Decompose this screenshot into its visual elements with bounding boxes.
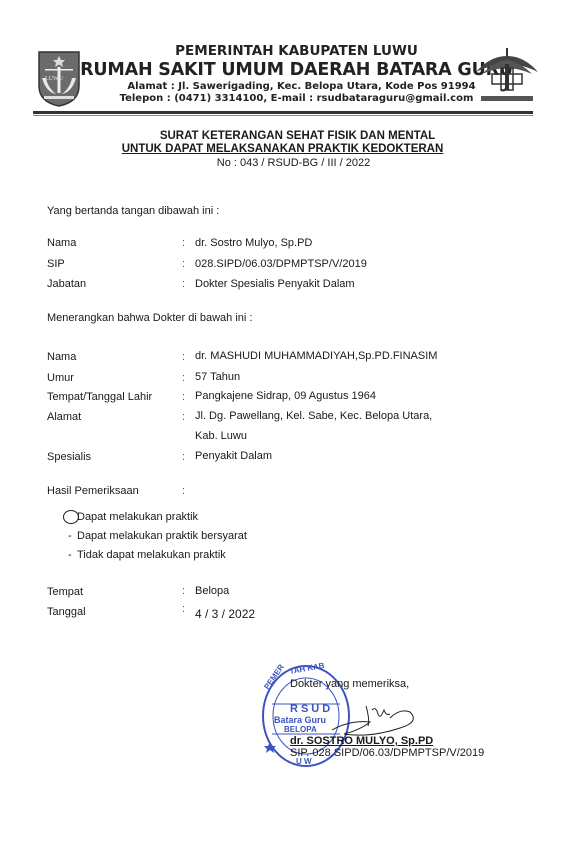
- colon: :: [182, 603, 185, 615]
- subject-address-label: Alamat: [47, 411, 81, 423]
- result-option: Tidak dapat melakukan praktik: [77, 549, 226, 561]
- subject-intro: Menerangkan bahwa Dokter di bawah ini :: [47, 312, 252, 324]
- document-number: No : 043 / RSUD-BG / III / 2022: [0, 157, 565, 169]
- colon: :: [182, 258, 185, 270]
- result-option: Dapat melakukan praktik bersyarat: [77, 530, 247, 542]
- colon: :: [182, 451, 185, 463]
- subject-birth-label: Tempat/Tanggal Lahir: [47, 391, 152, 403]
- date-label: Tanggal: [47, 606, 86, 618]
- subject-age-value: 57 Tahun: [195, 371, 240, 383]
- colon: :: [182, 351, 185, 363]
- result-option-selected: Dapat melakukan praktik: [77, 511, 198, 523]
- svg-text:RSUD: RSUD: [290, 703, 333, 715]
- place-value: Belopa: [195, 585, 229, 597]
- handwritten-signature-icon: [330, 700, 440, 740]
- signer-sip-value: 028.SIPD/06.03/DPMPTSP/V/2019: [195, 258, 367, 270]
- signer-sip-label: SIP: [47, 258, 65, 270]
- colon: :: [182, 278, 185, 290]
- colon: :: [182, 485, 185, 497]
- signer-name-label: Nama: [47, 237, 76, 249]
- signer-signature-sip: SIP. 028.SIPD/06.03/DPMPTSP/V/2019: [290, 747, 484, 759]
- signer-signature-name: dr. SOSTRO MULYO, Sp.PD: [290, 735, 433, 747]
- rsud-batara-guru-logo-icon: [474, 44, 540, 106]
- subject-birth-value: Pangkajene Sidrap, 09 Agustus 1964: [195, 390, 376, 402]
- letterhead-divider-thin: [33, 115, 533, 116]
- signer-name-value: dr. Sostro Mulyo, Sp.PD: [195, 237, 312, 249]
- colon: :: [182, 237, 185, 249]
- date-value: 4 / 3 / 2022: [195, 607, 255, 621]
- bullet: -: [68, 549, 72, 561]
- svg-text:PEMER: PEMER: [262, 662, 286, 691]
- bullet: -: [68, 530, 72, 542]
- document-subtitle: UNTUK DAPAT MELAKSANAKAN PRAKTIK KEDOKTE…: [0, 143, 565, 155]
- signer-position-label: Jabatan: [47, 278, 86, 290]
- subject-address-value: Jl. Dg. Pawellang, Kel. Sabe, Kec. Belop…: [195, 410, 432, 422]
- subject-specialty-label: Spesialis: [47, 451, 91, 463]
- colon: :: [182, 411, 185, 423]
- subject-name-label: Nama: [47, 351, 76, 363]
- subject-specialty-value: Penyakit Dalam: [195, 450, 272, 462]
- colon: :: [182, 391, 185, 403]
- place-label: Tempat: [47, 586, 83, 598]
- signer-intro: Yang bertanda tangan dibawah ini :: [47, 205, 219, 217]
- signer-position-value: Dokter Spesialis Penyakit Dalam: [195, 278, 355, 290]
- subject-address-value-line2: Kab. Luwu: [195, 430, 247, 442]
- colon: :: [182, 372, 185, 384]
- svg-text:TAH KAB: TAH KAB: [289, 661, 326, 676]
- svg-text:BELOPA: BELOPA: [284, 725, 317, 734]
- colon: :: [182, 585, 185, 597]
- subject-name-value: dr. MASHUDI MUHAMMADIYAH,Sp.PD.FINASIM: [195, 350, 437, 362]
- document-title: SURAT KETERANGAN SEHAT FISIK DAN MENTAL: [0, 130, 565, 142]
- subject-age-label: Umur: [47, 372, 74, 384]
- svg-text:Batara Guru: Batara Guru: [274, 715, 326, 725]
- result-label: Hasil Pemeriksaan: [47, 485, 139, 497]
- letterhead-divider: [33, 111, 533, 114]
- signature-heading: Dokter yang memeriksa,: [290, 678, 409, 690]
